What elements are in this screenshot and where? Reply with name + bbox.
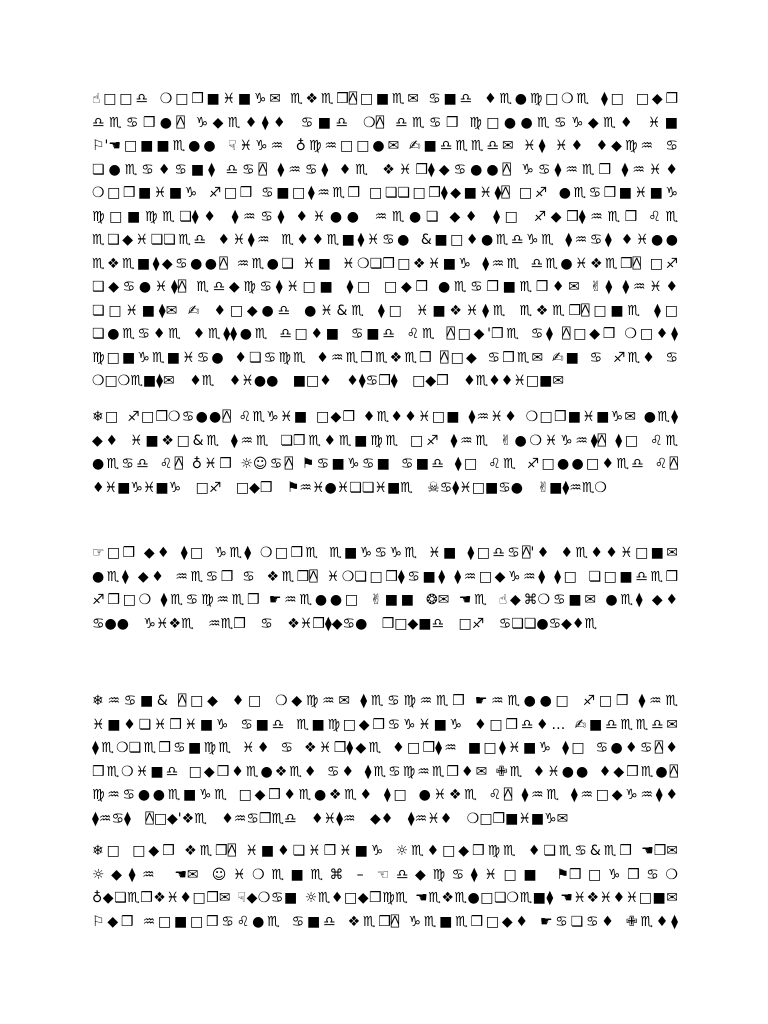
text-line: ❄□ ♐□❒❍♋●●⍓ ♌♏♑♓■ □◆❒ ♦♏♦♦♓□■ ⧫♒♓♦ ❍□❒■♓… (92, 406, 678, 430)
text-line: ❄□ □◆❒ ❖♏❒⍓ ♓■♦❏♓❒♓■♑ ☼♏♦□◆❒♍♏ ♦❏♏♋&♏❒ ☚… (92, 840, 678, 864)
text-line: ❄♒♋■& ⍓□◆ ♦□ ❍◆♍♒✉ ⧫♏♋♍♒♏❒ ☛♒♏●●□ ♐□❒ ⧫♒… (92, 690, 678, 714)
text-line: ♏❖♏■⧫◆♋●●⍓ ♒♏●❏ ♓■ ♓❍❏❒□❖♓■♑ ⧫♒♏ ♎♏●♓❖♏❒… (92, 253, 678, 277)
text-line: ♋●● ♑♓❖♏ ♒♏❒ ♋ ❖♓❒⧫◆♋● ❒□◆■♎ □♐ ♋❏❏●♋◆♦♏ (92, 613, 678, 637)
text-line: ❍□❍♏■⧫✉ ♦♏ ♦♓●● ■□♦ ♦⧫♋❒⧫ □◆❒ ♦♏♦♦♓□■✉ (92, 370, 678, 394)
text-line: ⚐◆❒ ♒□■□❒♋♌●♏ ♋■♎ ❖♏❒⍓ ♑♏■♏❒□◆♦ ☛♋❏♋♦ ✙♏… (92, 911, 678, 935)
text-line: ⧫♏❍❏♏❒♋■♍♏ ♓♦ ♋ ❖♓❒⧫◆♏ ♦□❒⧫♒ ■□⧫♓■♑ ⧫□ ♋… (92, 737, 678, 761)
text-line: ⧫♒♋⧫ ⍓□◆'❖♏ ♦♒♋❒♏♎ ♦♓⧫♒ ◆♦ ⧫♒♓♦ ❍□❒■♓■♑✉ (92, 808, 678, 832)
text-line: ♍□■♑♏■♓♋● ♦❏♋♍♏ ♦♒♏❒♏❖♏❒ ⍓□◆ ♋❒♏✉ ✍■ ♋ ♐… (92, 347, 678, 371)
text-line: ⚐'☚□■■♏●● ☟♓♑♒ ♁♍♒□□●✉ ✍■♎♏♏♎✉ ♓⧫ ♓♦ ♦◆♍… (92, 135, 678, 159)
paragraph-opening-welcome: ☝□□♎ ❍□❒■♓■♑✉ ♏❖♏❒⍓□■♏✉ ♋■♎ ♦♏●♍□❍♏ ⧫□ □… (92, 88, 678, 394)
document-page: ☝□□♎ ❍□❒■♓■♑✉ ♏❖♏❒⍓□■♏✉ ♋■♎ ♦♏●♍□❍♏ ⧫□ □… (0, 0, 768, 1024)
text-line: ♏❑◆♓❏❏♏♎ ♦♓⧫♒ ♏♦♦♏■⧫♓♋● &■□♦●♏♎♑♏ ⧫♒♋⧫ ♦… (92, 229, 678, 253)
text-line: ❍□❒■♓■♑ ♐□❒ ♋■□⧫♒♏❒ □❏❏□❒⧫◆■♓⧫⍓ □♐ ●♏♋❒■… (92, 182, 678, 206)
text-line: ●♏♋♎ ♌⍓ ♁♓❒ ☼☺♋⍓ ⚑♋■♑♋■ ♋■♎ ⧫□ ♌♏ ♐□●●□♦… (92, 453, 678, 477)
text-line: ♍□■♍♏❏⧫♦ ⧫♒♋⧫ ♦♓●● ♒♏●❏ ◆♦ ⧫□ ♐◆❒⧫♒♏❒ ♌♏ (92, 206, 678, 230)
paragraph-acknowledgement: ❄□ □◆❒ ❖♏❒⍓ ♓■♦❏♓❒♓■♑ ☼♏♦□◆❒♍♏ ♦❏♏♋&♏❒ ☚… (92, 840, 678, 934)
paragraph-thought-for-the-day: ☞□❒ ◆♦ ⧫□ ♑♏⧫ ❍□❒♏ ♏■♑♋♑♏ ♓■ ⧫□♎♋⍓'♦ ♦♏♦… (92, 542, 678, 636)
text-line: ♐❒□❍ ⧫♏♋♍♒♏❒ ☛♒♏●●□ ✌■■ ❂✉ ☚♏ ☝◆⌘❍♋■✉ ●♏… (92, 589, 678, 613)
text-line: ❏●♏♋♦♋■⧫ ♎♋⍓ ⧫♒♋⧫ ♦♏ ❖♓❒⧫◆♋●●⍓ ♑♋⧫♒♏❒ ⧫♒… (92, 159, 678, 183)
text-line: ❒♏❍♓■♎ □◆❒♦♏●❖♏♦ ♋♦ ⧫♏♋♍♒♏❒♦✉ ✙♏ ♦♓●● ♦◆… (92, 761, 678, 785)
text-line: ♎♏♋❒●⍓ ♑◆♏♦⧫♦ ♋■♎ ❍⍓ ♎♏♋❒ ♍□●●♏♋♑◆♏♦ ♓■ (92, 112, 678, 136)
text-line: ♁◆❏♏❒❖♓♦□❒✉ ☟◆❍♋■ ☼♏♦□◆❒♍♏ ☚♏❖♏●□❏❍♏■⧫ ☚… (92, 887, 678, 911)
text-line: ◆♦ ♓■❖□&♏ ⧫♒♏ ❏❒♏♦♏■♍♏ □♐ ⧫♒♏ ✌●❍♓♑♒⧫⍓ ⧫… (92, 430, 678, 454)
text-line: ☞□❒ ◆♦ ⧫□ ♑♏⧫ ❍□❒♏ ♏■♑♋♑♏ ♓■ ⧫□♎♋⍓'♦ ♦♏♦… (92, 542, 678, 566)
paragraph-invocation: ❄□ ♐□❒❍♋●●⍓ ♌♏♑♓■ □◆❒ ♦♏♦♦♓□■ ⧫♒♓♦ ❍□❒■♓… (92, 406, 678, 500)
text-line: ♓■♦❏♓❒♓■♑ ♋■♎ ♏■♍□◆❒♋♑♓■♑ ♦□❒♎♦… ✍■♎♏♏♎✉ (92, 714, 678, 738)
text-line: ☼◆⧫♒ ☚✉ ☺♓❍♏■♏⌘ – ☜♎◆♍♋⧫♓□■ ⚑❒□♑❒♋❍ (92, 864, 678, 888)
text-line: ☝□□♎ ❍□❒■♓■♑✉ ♏❖♏❒⍓□■♏✉ ♋■♎ ♦♏●♍□❍♏ ⧫□ □… (92, 88, 678, 112)
text-line: ♦♓■♑♓■♑ □♐ □◆❒ ⚑♒♓●♓❏❏♓■♏ ☠♋⧫♓□■♋● ✌■⧫♒♏… (92, 477, 678, 501)
text-line: ❏●♏♋♦♏ ♦♏⧫⧫●♏ ♎□♦■ ♋■♎ ♌♏ ⍓□◆'❒♏ ♋⧫ ⍓□◆❒… (92, 323, 678, 347)
text-line: ●♏⧫ ◆♦ ♒♏♋❒ ♋ ❖♏❒⍓ ♓❍❏□❒⧫♋■⧫ ⧫♒□◆♑♒⧫ ⧫□ … (92, 566, 678, 590)
text-line: ❏□♓■⧫✉ ✍ ♦□◆●♎ ●♓&♏ ⧫□ ♓■❖♓⧫♏ ♏❖♏❒⍓□■♏ ⧫… (92, 300, 678, 324)
text-line: ♍♒♋●●♏■♑♏ □◆❒♦♏●❖♏♦ ⧫□ ●♓❖♏ ♌⍓ ⧫♒♏ ⧫♒□◆♑… (92, 784, 678, 808)
text-line: ❑◆♋●♓⧫⍓ ♏♎◆♍♋⧫♓□■ ⧫□ □◆❒ ●♏♋❒■♏❒♦✉ ✌⧫ ⧫♒… (92, 276, 678, 300)
paragraph-thanks: ❄♒♋■& ⍓□◆ ♦□ ❍◆♍♒✉ ⧫♏♋♍♒♏❒ ☛♒♏●●□ ♐□❒ ⧫♒… (92, 690, 678, 831)
